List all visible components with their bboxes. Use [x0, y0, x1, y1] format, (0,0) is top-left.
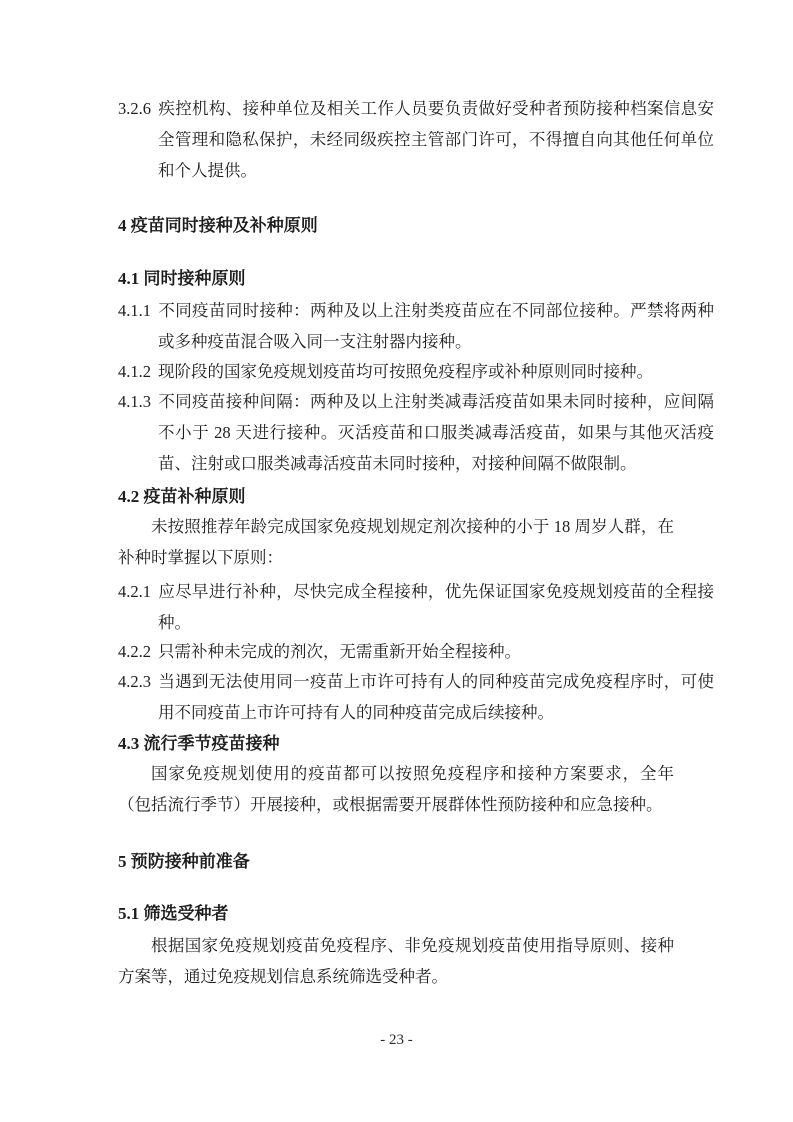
section-heading-4-2: 4.2 疫苗补种原则 — [118, 481, 674, 512]
page-number: - 23 - — [0, 1030, 793, 1050]
clause-4-1-3: 4.1.3不同疫苗接种间隔：两种及以上注射类减毒活疫苗如果未同时接种，应间隔不小… — [118, 386, 714, 479]
clause-3-2-6: 3.2.6疾控机构、接种单位及相关工作人员要负责做好受种者预防接种档案信息安全管… — [118, 93, 714, 186]
section-heading-4: 4 疫苗同时接种及补种原则 — [118, 210, 674, 241]
clause-text: 不同疫苗同时接种：两种及以上注射类疫苗应在不同部位接种。严禁将两种或多种疫苗混合… — [158, 301, 714, 351]
clause-4-1-1: 4.1.1不同疫苗同时接种：两种及以上注射类疫苗应在不同部位接种。严禁将两种或多… — [118, 295, 714, 357]
section-heading-4-1: 4.1 同时接种原则 — [118, 263, 674, 294]
clause-number: 4.2.3 — [118, 666, 158, 697]
clause-text: 只需补种未完成的剂次，无需重新开始全程接种。 — [158, 642, 521, 661]
clause-number: 3.2.6 — [118, 93, 158, 124]
clause-text: 现阶段的国家免疫规划疫苗均可按照免疫程序或补种原则同时接种。 — [158, 362, 653, 381]
clause-4-2-2: 4.2.2只需补种未完成的剂次，无需重新开始全程接种。 — [118, 636, 714, 667]
section-heading-5-1: 5.1 筛选受种者 — [118, 898, 674, 929]
paragraph-5-1: 根据国家免疫规划疫苗免疫程序、非免疫规划疫苗使用指导原则、接种方案等，通过免疫规… — [118, 930, 674, 992]
section-heading-4-3: 4.3 流行季节疫苗接种 — [118, 728, 674, 759]
clause-text: 应尽早进行补种，尽快完成全程接种，优先保证国家免疫规划疫苗的全程接种。 — [158, 582, 714, 632]
paragraph-4-3: 国家免疫规划使用的疫苗都可以按照免疫程序和接种方案要求，全年（包括流行季节）开展… — [118, 758, 674, 820]
clause-number: 4.2.1 — [118, 576, 158, 607]
clause-number: 4.1.1 — [118, 295, 158, 326]
section-heading-5: 5 预防接种前准备 — [118, 846, 674, 877]
clause-text: 当遇到无法使用同一疫苗上市许可持有人的同种疫苗完成免疫程序时，可使用不同疫苗上市… — [158, 672, 714, 722]
clause-text: 不同疫苗接种间隔：两种及以上注射类减毒活疫苗如果未同时接种，应间隔不小于 28 … — [158, 392, 714, 473]
clause-number: 4.1.2 — [118, 356, 158, 387]
clause-text: 疾控机构、接种单位及相关工作人员要负责做好受种者预防接种档案信息安全管理和隐私保… — [158, 99, 714, 180]
clause-4-2-3: 4.2.3当遇到无法使用同一疫苗上市许可持有人的同种疫苗完成免疫程序时，可使用不… — [118, 666, 714, 728]
clause-4-2-1: 4.2.1应尽早进行补种，尽快完成全程接种，优先保证国家免疫规划疫苗的全程接种。 — [118, 576, 714, 638]
paragraph-4-2-intro: 未按照推荐年龄完成国家免疫规划规定剂次接种的小于 18 周岁人群，在补种时掌握以… — [118, 511, 674, 573]
clause-4-1-2: 4.1.2现阶段的国家免疫规划疫苗均可按照免疫程序或补种原则同时接种。 — [118, 356, 714, 387]
clause-number: 4.1.3 — [118, 386, 158, 417]
document-page: 3.2.6疾控机构、接种单位及相关工作人员要负责做好受种者预防接种档案信息安全管… — [0, 0, 793, 1122]
clause-number: 4.2.2 — [118, 636, 158, 667]
